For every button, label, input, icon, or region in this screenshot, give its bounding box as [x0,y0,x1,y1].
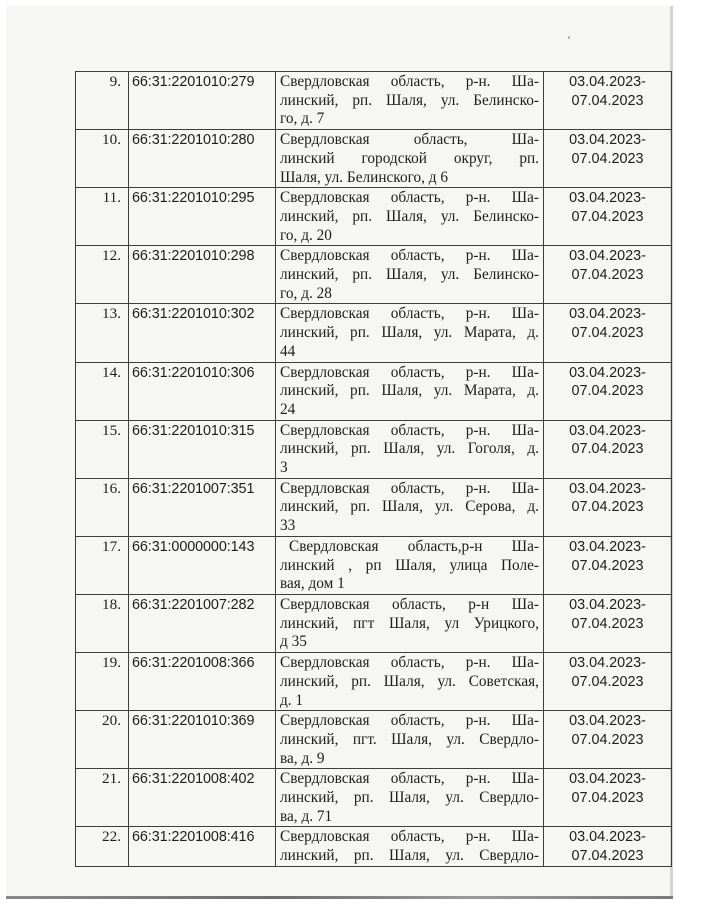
period-start: 03.04.2023- [547,247,668,266]
address-cell: Свердловская область, р-н. Ша-линский, р… [276,769,544,827]
period-end: 07.04.2023 [547,440,668,459]
period-end: 07.04.2023 [547,266,668,285]
address-cell: Свердловская область,р-н Ша-линский , рп… [276,536,544,594]
address-line: вая, дом 1 [280,575,539,594]
address-line: линский, рп. Шаля, ул. Белинско- [280,92,539,111]
table-row: 10.66:31:2201010:280Свердловская область… [76,130,672,188]
table-row: 14.66:31:2201010:306Свердловская область… [76,362,672,420]
row-number: 19. [76,653,129,711]
survey-period: 03.04.2023-07.04.2023 [544,72,672,130]
address-line: го, д. 28 [280,285,539,304]
address-line: Свердловская область, р-н. Ша- [280,247,539,266]
address-line: Свердловская область, р-н. Ша- [280,712,539,731]
period-end: 07.04.2023 [547,382,668,401]
address-line: линский, рп. Шаля, ул. Советская, [280,673,539,692]
address-line: Свердловская область,р-н Ша- [280,538,539,557]
period-end: 07.04.2023 [547,208,668,227]
cadastral-number: 66:31:2201010:298 [129,246,276,304]
survey-period: 03.04.2023-07.04.2023 [544,130,672,188]
row-number: 22. [76,827,129,867]
cadastral-number: 66:31:0000000:143 [129,536,276,594]
address-line: линский, пгт. Шаля, ул. Свердло- [280,731,539,750]
address-line: линский, рп. Шаля, ул. Марата, д. [280,324,539,343]
table-row: 21.66:31:2201008:402Свердловская область… [76,769,672,827]
period-end: 07.04.2023 [547,615,668,634]
address-line: ва, д. 9 [280,750,539,769]
cadastral-number: 66:31:2201008:366 [129,653,276,711]
table-row: 19.66:31:2201008:366Свердловская область… [76,653,672,711]
period-end: 07.04.2023 [547,847,668,866]
cadastral-number: 66:31:2201010:369 [129,711,276,769]
table-row: 16.66:31:2201007:351Свердловская область… [76,478,672,536]
address-line: Свердловская область, р-н Ша- [280,596,539,615]
survey-period: 03.04.2023-07.04.2023 [544,536,672,594]
row-number: 14. [76,362,129,420]
address-line: Шаля, ул. Белинского, д 6 [280,169,539,188]
period-end: 07.04.2023 [547,557,668,576]
period-start: 03.04.2023- [547,189,668,208]
address-line: 33 [280,517,539,536]
period-end: 07.04.2023 [547,92,668,111]
survey-period: 03.04.2023-07.04.2023 [544,304,672,362]
period-start: 03.04.2023- [547,364,668,383]
address-line: Свердловская область, р-н. Ша- [280,770,539,789]
table-row: 12.66:31:2201010:298Свердловская область… [76,246,672,304]
period-end: 07.04.2023 [547,324,668,343]
survey-period: 03.04.2023-07.04.2023 [544,711,672,769]
table-row: 22.66:31:2201008:416Свердловская область… [76,827,672,867]
address-line: д. 1 [280,692,539,711]
address-line: Свердловская область, р-н. Ша- [280,480,539,499]
address-line: 3 [280,459,539,478]
period-end: 07.04.2023 [547,498,668,517]
table-row: 20.66:31:2201010:369Свердловская область… [76,711,672,769]
land-plots-table: 9.66:31:2201010:279Свердловская область,… [75,71,672,867]
survey-period: 03.04.2023-07.04.2023 [544,188,672,246]
address-cell: Свердловская область, р-н. Ша-линский, р… [276,420,544,478]
period-start: 03.04.2023- [547,596,668,615]
address-cell: Свердловская область, р-н. Ша-линский, р… [276,304,544,362]
table-row: 17.66:31:0000000:143Свердловская область… [76,536,672,594]
period-start: 03.04.2023- [547,770,668,789]
address-line: Свердловская область, р-н. Ша- [280,189,539,208]
cadastral-number: 66:31:2201007:282 [129,594,276,652]
period-start: 03.04.2023- [547,828,668,847]
address-cell: Свердловская область, р-н. Ша-линский, р… [276,362,544,420]
cadastral-number: 66:31:2201010:315 [129,420,276,478]
address-line: 24 [280,401,539,420]
address-line: линский, рп. Шаля, ул. Серова, д. [280,498,539,517]
row-number: 21. [76,769,129,827]
address-line: линский, пгт Шаля, ул Урицкого, [280,615,539,634]
address-line: Свердловская область, Ша- [280,131,539,150]
address-line: линский, рп. Шаля, ул. Гоголя, д. [280,440,539,459]
survey-period: 03.04.2023-07.04.2023 [544,594,672,652]
cadastral-number: 66:31:2201010:279 [129,72,276,130]
period-start: 03.04.2023- [547,131,668,150]
table-row: 11.66:31:2201010:295Свердловская область… [76,188,672,246]
address-line: линский, рп. Шаля, ул. Свердло- [280,847,539,866]
row-number: 16. [76,478,129,536]
table-row: 13.66:31:2201010:302Свердловская область… [76,304,672,362]
address-line: Свердловская область, р-н. Ша- [280,364,539,383]
cadastral-number: 66:31:2201010:280 [129,130,276,188]
row-number: 9. [76,72,129,130]
address-line: линский, рп. Шаля, ул. Марата, д. [280,382,539,401]
row-number: 15. [76,420,129,478]
cadastral-number: 66:31:2201007:351 [129,478,276,536]
address-cell: Свердловская область, Ша-линский городск… [276,130,544,188]
row-number: 11. [76,188,129,246]
address-cell: Свердловская область, р-н. Ша-линский, р… [276,827,544,867]
survey-period: 03.04.2023-07.04.2023 [544,827,672,867]
address-line: Свердловская область, р-н. Ша- [280,305,539,324]
row-number: 20. [76,711,129,769]
address-cell: Свердловская область, р-н. Ша-линский, р… [276,188,544,246]
survey-period: 03.04.2023-07.04.2023 [544,653,672,711]
cadastral-number: 66:31:2201008:402 [129,769,276,827]
period-start: 03.04.2023- [547,538,668,557]
address-cell: Свердловская область, р-н. Ша-линский, р… [276,246,544,304]
address-line: Свердловская область, р-н. Ша- [280,828,539,847]
survey-period: 03.04.2023-07.04.2023 [544,478,672,536]
table-row: 15.66:31:2201010:315Свердловская область… [76,420,672,478]
period-end: 07.04.2023 [547,673,668,692]
address-line: 44 [280,343,539,362]
survey-period: 03.04.2023-07.04.2023 [544,246,672,304]
period-start: 03.04.2023- [547,305,668,324]
cadastral-number: 66:31:2201008:416 [129,827,276,867]
row-number: 13. [76,304,129,362]
row-number: 18. [76,594,129,652]
address-line: Свердловская область, р-н. Ша- [280,73,539,92]
address-line: го, д. 7 [280,110,539,129]
address-cell: Свердловская область, р-н. Ша-линский, р… [276,72,544,130]
address-cell: Свердловская область, р-н. Ша-линский, р… [276,653,544,711]
table-row: 9.66:31:2201010:279Свердловская область,… [76,72,672,130]
address-line: д 35 [280,633,539,652]
address-line: линский , рп Шаля, улица Поле- [280,557,539,576]
survey-period: 03.04.2023-07.04.2023 [544,769,672,827]
row-number: 12. [76,246,129,304]
address-cell: Свердловская область, р-н. Ша-линский, п… [276,711,544,769]
table-body: 9.66:31:2201010:279Свердловская область,… [76,72,672,867]
address-line: го, д. 20 [280,227,539,246]
address-cell: Свердловская область, р-н Ша-линский, пг… [276,594,544,652]
address-line: линский, рп. Шаля, ул. Свердло- [280,789,539,808]
survey-period: 03.04.2023-07.04.2023 [544,420,672,478]
cadastral-number: 66:31:2201010:295 [129,188,276,246]
address-cell: Свердловская область, р-н. Ша-линский, р… [276,478,544,536]
address-line: линский, рп. Шаля, ул. Белинско- [280,266,539,285]
period-start: 03.04.2023- [547,712,668,731]
period-end: 07.04.2023 [547,150,668,169]
row-number: 17. [76,536,129,594]
cadastral-number: 66:31:2201010:306 [129,362,276,420]
address-line: линский, рп. Шаля, ул. Белинско- [280,208,539,227]
period-start: 03.04.2023- [547,422,668,441]
period-end: 07.04.2023 [547,731,668,750]
cadastral-number: 66:31:2201010:302 [129,304,276,362]
period-end: 07.04.2023 [547,789,668,808]
row-number: 10. [76,130,129,188]
period-start: 03.04.2023- [547,73,668,92]
scan-speck [568,36,570,39]
page-bottom-edge [6,896,673,899]
address-line: линский городской округ, рп. [280,150,539,169]
survey-period: 03.04.2023-07.04.2023 [544,362,672,420]
period-start: 03.04.2023- [547,654,668,673]
address-line: ва, д. 71 [280,808,539,827]
period-start: 03.04.2023- [547,480,668,499]
address-line: Свердловская область, р-н. Ша- [280,654,539,673]
address-line: Свердловская область, р-н. Ша- [280,422,539,441]
table-row: 18.66:31:2201007:282Свердловская область… [76,594,672,652]
